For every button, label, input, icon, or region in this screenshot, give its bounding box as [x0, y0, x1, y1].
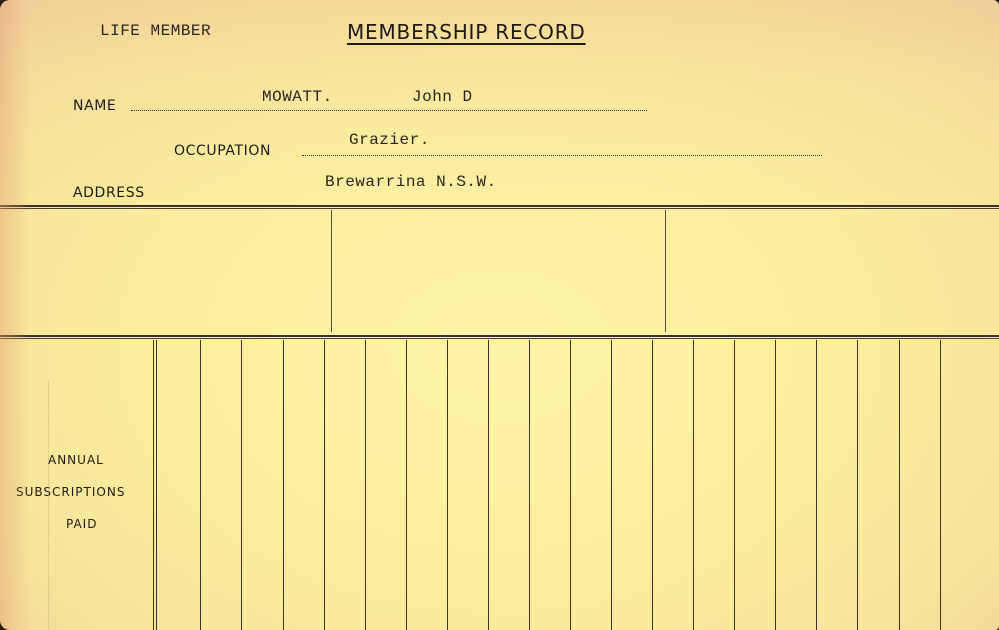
- occupation-label: OCCUPATION: [174, 143, 271, 159]
- card-title: MEMBERSHIP RECORD: [347, 20, 586, 44]
- subscription-column-line: [488, 340, 489, 630]
- name-field-line: [131, 110, 647, 111]
- subscriptions-divider-bottom: [0, 338, 999, 339]
- address-divider-bottom: [0, 208, 999, 209]
- membership-record-card: LIFE MEMBER MEMBERSHIP RECORD NAME MOWAT…: [0, 0, 999, 630]
- address-value: Brewarrina N.S.W.: [325, 173, 497, 191]
- subscription-column-line: [899, 340, 900, 630]
- occupation-field-line: [302, 155, 822, 156]
- subscription-column-line: [200, 340, 201, 630]
- subscription-column-line: [775, 340, 776, 630]
- subscription-column-line: [156, 340, 157, 630]
- subscription-column-line: [529, 340, 530, 630]
- subscriptions-label-annual: ANNUAL: [48, 453, 104, 467]
- occupation-value: Grazier.: [349, 131, 430, 149]
- subscription-column-line: [734, 340, 735, 630]
- subscription-column-line: [857, 340, 858, 630]
- address-label: ADDRESS: [73, 185, 145, 201]
- address-divider-top: [0, 205, 999, 207]
- subscription-column-line: [324, 340, 325, 630]
- address-box-divider-2: [665, 210, 666, 332]
- address-box-divider-1: [331, 210, 332, 332]
- subscription-column-line: [447, 340, 448, 630]
- subscription-column-line: [406, 340, 407, 630]
- subscription-column-line: [693, 340, 694, 630]
- subscriptions-label-paid: PAID: [66, 517, 97, 531]
- subscriptions-divider-top: [0, 335, 999, 337]
- subscription-column-line: [570, 340, 571, 630]
- subscription-column-line: [365, 340, 366, 630]
- subscriptions-label-subscriptions: SUBSCRIPTIONS: [16, 485, 125, 499]
- subscription-column-line: [940, 340, 941, 630]
- name-surname-value: MOWATT.: [262, 88, 333, 106]
- life-member-label: LIFE MEMBER: [100, 22, 211, 40]
- subscription-column-line: [611, 340, 612, 630]
- subscription-column-line: [153, 340, 154, 630]
- subscription-column-line: [241, 340, 242, 630]
- name-given-value: John D: [412, 88, 473, 106]
- name-label: NAME: [73, 98, 116, 114]
- subscription-column-line: [652, 340, 653, 630]
- faint-margin-line: [48, 380, 49, 630]
- subscription-column-line: [283, 340, 284, 630]
- subscription-column-line: [816, 340, 817, 630]
